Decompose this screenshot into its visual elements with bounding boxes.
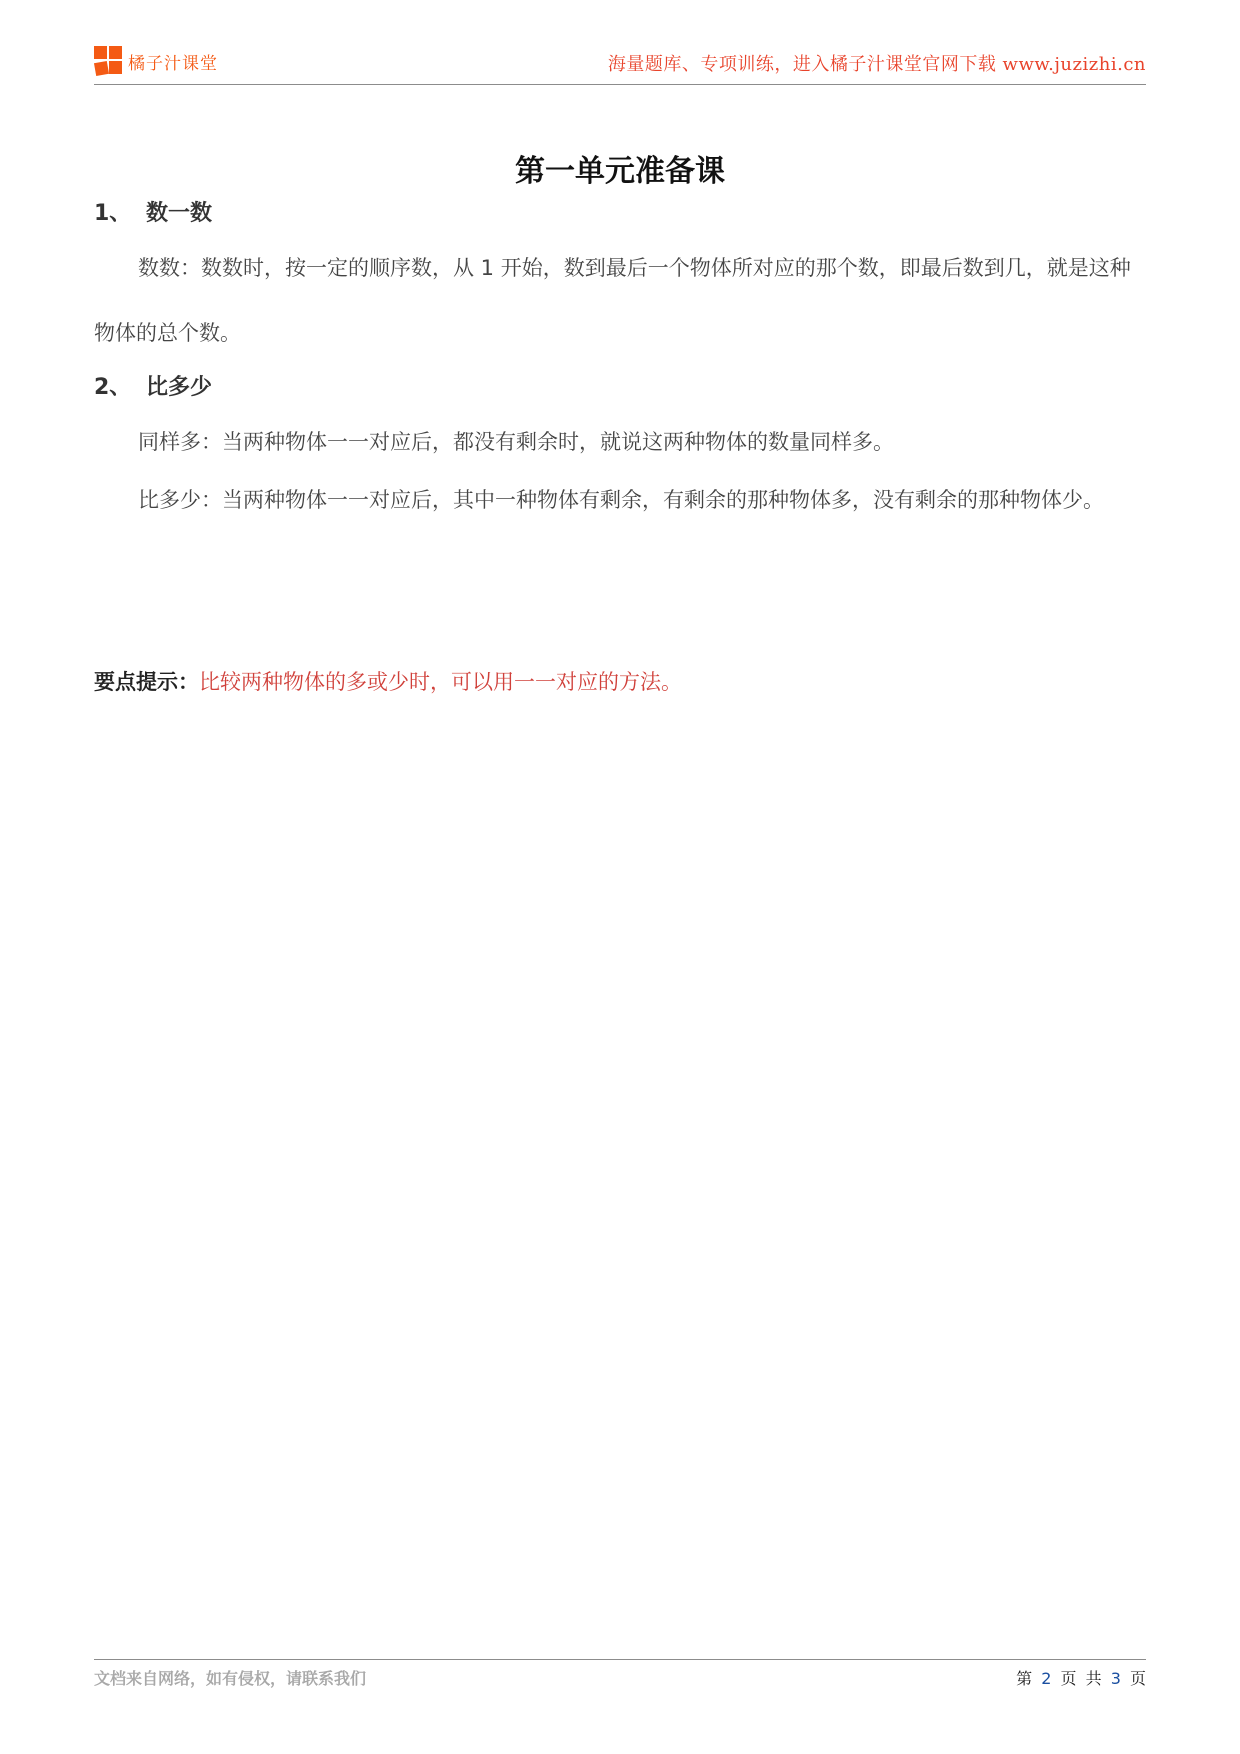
document-title: 第一单元准备课 bbox=[0, 146, 1240, 190]
page-indicator: 第 2 页 共 3 页 bbox=[1016, 1666, 1146, 1689]
section-number: 2、 bbox=[94, 370, 146, 401]
footer-disclaimer: 文档来自网络，如有侵权，请联系我们 bbox=[94, 1666, 366, 1689]
tip-label: 要点提示： bbox=[94, 670, 199, 694]
brand-logo: 橘子汁课堂 bbox=[94, 46, 218, 76]
paragraph-counting: 数数：数数时，按一定的顺序数，从 1 开始，数到最后一个物体所对应的那个数，即最… bbox=[94, 236, 1146, 366]
paragraph-compare: 比多少：当两种物体一一对应后，其中一种物体有剩余，有剩余的那种物体多，没有剩余的… bbox=[94, 468, 1146, 533]
header-slogan: 海量题库、专项训练，进入橘子汁课堂官网下载 www.juzizhi.cn bbox=[608, 50, 1146, 76]
tip-text: 比较两种物体的多或少时，可以用一一对应的方法。 bbox=[199, 670, 682, 694]
paragraph-same-amount: 同样多：当两种物体一一对应后，都没有剩余时，就说这两种物体的数量同样多。 bbox=[94, 410, 1146, 475]
brand-name: 橘子汁课堂 bbox=[128, 49, 218, 74]
page-middle: 页 共 bbox=[1061, 1669, 1102, 1688]
page-current: 2 bbox=[1041, 1669, 1051, 1688]
page-prefix: 第 bbox=[1016, 1669, 1032, 1688]
orange-squares-logo-icon bbox=[94, 46, 124, 76]
header-divider bbox=[94, 84, 1146, 85]
section-title: 比多少 bbox=[146, 375, 212, 400]
section-number: 1、 bbox=[94, 196, 146, 227]
section-title: 数一数 bbox=[146, 201, 212, 226]
page-header: 橘子汁课堂 海量题库、专项训练，进入橘子汁课堂官网下载 www.juzizhi.… bbox=[94, 40, 1146, 84]
section-heading-2: 2、比多少 bbox=[94, 370, 212, 401]
section-heading-1: 1、数一数 bbox=[94, 196, 212, 227]
page-total: 3 bbox=[1111, 1669, 1121, 1688]
key-point-tip: 要点提示：比较两种物体的多或少时，可以用一一对应的方法。 bbox=[94, 666, 682, 696]
page-suffix: 页 bbox=[1130, 1669, 1146, 1688]
footer-divider bbox=[94, 1659, 1146, 1660]
